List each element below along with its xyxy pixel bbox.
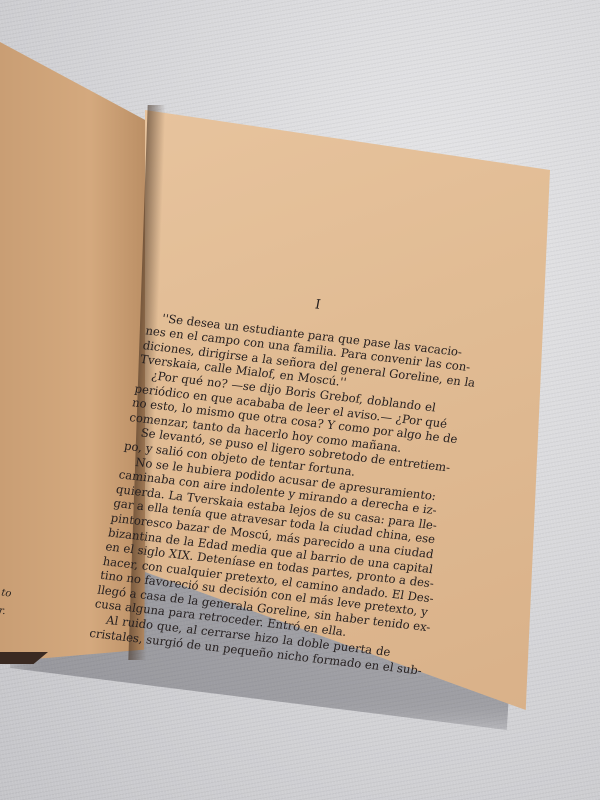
page-text-block: I ''Se desea un estudiante para que pase… — [88, 280, 453, 674]
paragraph-lines: ''Se desea un estudiante para que pase l… — [88, 309, 447, 674]
